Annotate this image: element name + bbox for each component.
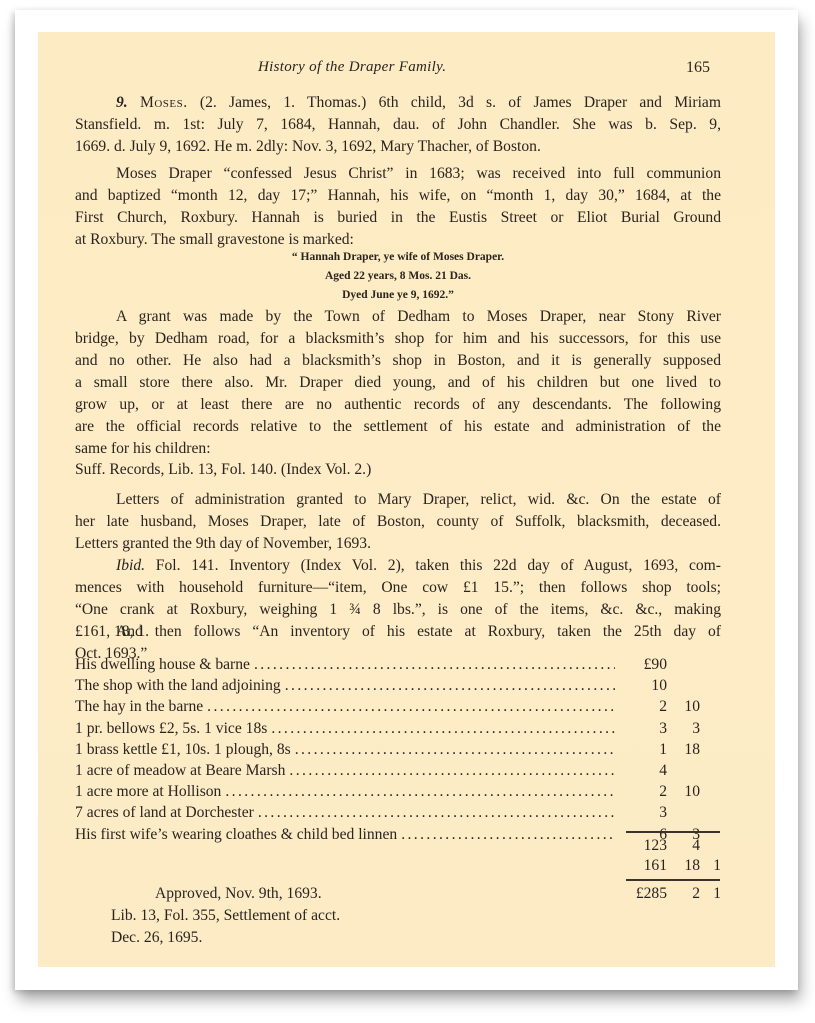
inventory-row: 1 acre of meadow at Beare Marsh4........…: [75, 760, 735, 782]
suff-records-line: Suff. Records, Lib. 13, Fol. 140. (Index…: [75, 459, 721, 481]
shillings-value: 3: [692, 718, 700, 740]
pounds-value: 2: [659, 781, 667, 803]
inventory-row: 1 acre more at Hollison210..............…: [75, 781, 735, 803]
inventory-item: 1 brass kettle £1, 10s. 1 plough, 8s: [75, 739, 291, 761]
inventory-row: The hay in the barne210.................…: [75, 696, 735, 718]
pounds-value: 1: [659, 739, 667, 761]
text-line: Moses Draper “confessed Jesus Christ” in…: [75, 163, 721, 185]
pounds-value: £90: [644, 654, 667, 676]
grant-paragraph: A grant was made by the Town of Dedham t…: [75, 306, 721, 460]
inventory-item: His dwelling house & barne: [75, 654, 250, 676]
inventory-row: 1 brass kettle £1, 10s. 1 plough, 8s118.…: [75, 739, 735, 761]
sum-rule: [626, 831, 720, 833]
inventory-total-row: 1234: [75, 835, 735, 857]
ibid-label: Ibid.: [116, 557, 145, 574]
pounds-value: £285: [636, 883, 667, 905]
inventory-item: 1 acre more at Hollison: [75, 781, 221, 803]
inventory-row: 7 acres of land at Dorchester3..........…: [75, 802, 735, 824]
inventory-item: 1 pr. bellows £2, 5s. 1 vice 18s: [75, 718, 267, 740]
shillings-value: 18: [684, 739, 700, 761]
entry-line2: Stansfield. m. 1st: July 7, 1684, Hannah…: [75, 114, 721, 136]
inventory-total-row: 161181: [75, 855, 735, 877]
pounds-value: 161: [644, 855, 667, 877]
text-line: And then follows “An inventory of his es…: [75, 621, 721, 643]
text-line: her late husband, Moses Draper, late of …: [75, 511, 721, 533]
page-number: 165: [686, 59, 710, 77]
leader-dots: ........................................…: [295, 739, 615, 761]
epitaph-line: Aged 22 years, 8 Mos. 21 Das.: [75, 267, 721, 286]
inventory-row: His dwelling house & barne£90...........…: [75, 654, 735, 676]
entry-line3: 1669. d. July 9, 1692. He m. 2dly: Nov. …: [75, 136, 721, 158]
shillings-value: 18: [684, 855, 700, 877]
leader-dots: ........................................…: [254, 654, 615, 676]
total-rule: [626, 879, 720, 881]
leader-dots: ........................................…: [289, 760, 615, 782]
epitaph-line: Dyed June ye 9, 1692.”: [75, 286, 721, 305]
inventory-item: 7 acres of land at Dorchester: [75, 802, 254, 824]
text-line: Suff. Records, Lib. 13, Fol. 140. (Index…: [75, 459, 721, 481]
pounds-value: 2: [659, 696, 667, 718]
pounds-value: 123: [644, 835, 667, 857]
leader-dots: ........................................…: [271, 718, 615, 740]
shillings-value: 4: [692, 835, 700, 857]
epitaph-line: “ Hannah Draper, ye wife of Moses Draper…: [75, 248, 721, 267]
inventory-item: The hay in the barne: [75, 696, 203, 718]
pounds-value: 4: [659, 760, 667, 782]
lib-note: Lib. 13, Fol. 355, Settlement of acct.: [111, 905, 340, 927]
pounds-value: 10: [651, 675, 667, 697]
letters-paragraph: Letters of administration granted to Mar…: [75, 489, 721, 555]
text-line: grow up, or at least there are no authen…: [75, 394, 721, 416]
text-line: and baptized “month 12, day 17;” Hannah,…: [75, 185, 721, 207]
text-line: “One crank at Roxbury, weighing 1 ¾ 8 lb…: [75, 599, 721, 621]
approved-note: Approved, Nov. 9th, 1693.: [155, 883, 322, 905]
leader-dots: ........................................…: [258, 802, 615, 824]
entry-number: 9.: [116, 94, 128, 111]
text-line: Letters granted the 9th day of November,…: [75, 533, 721, 555]
pounds-value: 3: [659, 718, 667, 740]
leader-dots: ........................................…: [207, 696, 615, 718]
text-line: Letters of administration granted to Mar…: [75, 489, 721, 511]
inventory-item: The shop with the land adjoining: [75, 675, 281, 697]
shillings-value: 10: [684, 696, 700, 718]
text-line: bridge, by Dedham road, for a blacksmith…: [75, 328, 721, 350]
leader-dots: ........................................…: [285, 675, 615, 697]
text-line: Fol. 141. Inventory (Index Vol. 2), take…: [145, 557, 721, 574]
inventory-row: The shop with the land adjoining10......…: [75, 675, 735, 697]
shillings-value: 10: [684, 781, 700, 803]
text-line: are the official records relative to the…: [75, 416, 721, 438]
text-line: mences with household furniture—“item, O…: [75, 577, 721, 599]
pounds-value: 3: [659, 802, 667, 824]
pence-value: 1: [713, 855, 721, 877]
entry-name: Moses.: [140, 94, 188, 111]
entry-moses: 9. Moses. (2. James, 1. Thomas.) 6th chi…: [75, 92, 721, 158]
leader-dots: ........................................…: [225, 781, 615, 803]
text-line: A grant was made by the Town of Dedham t…: [75, 306, 721, 328]
text-line: a small store there also. Mr. Draper die…: [75, 372, 721, 394]
inventory-item: 1 acre of meadow at Beare Marsh: [75, 760, 285, 782]
text-line: and no other. He also had a blacksmith’s…: [75, 350, 721, 372]
baptism-paragraph: Moses Draper “confessed Jesus Christ” in…: [75, 163, 721, 251]
gravestone-epitaph: “ Hannah Draper, ye wife of Moses Draper…: [75, 248, 721, 305]
inventory-row: 1 pr. bellows £2, 5s. 1 vice 18s33......…: [75, 718, 735, 740]
running-title: History of the Draper Family.: [258, 59, 446, 76]
shillings-value: 2: [692, 883, 700, 905]
text-line: First Church, Roxbury. Hannah is buried …: [75, 207, 721, 229]
settlement-date: Dec. 26, 1695.: [111, 927, 202, 949]
entry-line1: (2. James, 1. Thomas.) 6th child, 3d s. …: [200, 94, 721, 111]
pence-value: 1: [713, 883, 721, 905]
text-line: same for his children:: [75, 438, 721, 460]
